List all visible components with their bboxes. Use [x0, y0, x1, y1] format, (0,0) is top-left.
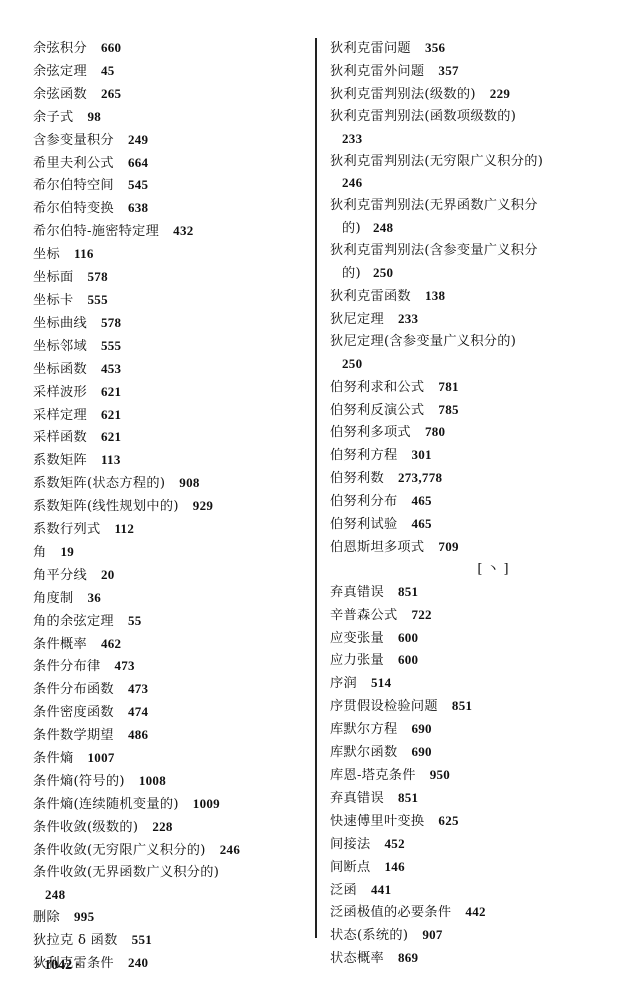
index-page-ref: 851 — [452, 698, 472, 713]
index-term: 条件概率 — [33, 637, 87, 652]
index-entry: 条件收敛(无穷限广义积分的)246 — [33, 839, 308, 862]
index-page-ref: 453 — [101, 361, 121, 376]
index-column-left: 余弦积分660余弦定理45余弦函数265余子式98含参变量积分249希里夫利公式… — [33, 37, 308, 975]
index-entry: 角平分线20 — [33, 564, 308, 587]
index-page-ref: 98 — [87, 109, 101, 124]
index-entry: 弃真错误851 — [330, 787, 620, 810]
index-page-ref: 474 — [128, 704, 148, 719]
index-entry: 序润514 — [330, 672, 620, 695]
index-term: 希尔伯特空间 — [33, 178, 114, 193]
index-term: 狄利克雷外问题 — [330, 64, 424, 79]
index-entry: 狄尼定理(含参变量广义积分的)250 — [330, 331, 620, 376]
index-entry: 伯努利试验465 — [330, 513, 620, 536]
index-page-ref: 113 — [101, 452, 121, 467]
index-entry: 间断点146 — [330, 856, 620, 879]
index-entry: 条件密度函数474 — [33, 701, 308, 724]
index-page-ref: 442 — [465, 904, 485, 919]
index-page-ref: 851 — [398, 584, 418, 599]
index-entry: 狄尼定理233 — [330, 308, 620, 331]
index-term: 序润 — [330, 676, 357, 691]
index-entry: 条件分布律473 — [33, 655, 308, 678]
index-entry: 采样波形621 — [33, 381, 308, 404]
index-term: 条件熵(符号的) — [33, 774, 125, 789]
index-entry: 希里夫利公式664 — [33, 152, 308, 175]
index-page-ref: 929 — [193, 498, 213, 513]
index-page-ref: 869 — [398, 950, 418, 965]
index-column-right: 狄利克雷问题356狄利克雷外问题357狄利克雷判别法(级数的)229狄利克雷判别… — [330, 37, 620, 970]
index-page-ref: 229 — [490, 86, 510, 101]
index-term: 狄利克雷判别法(含参变量广义积分 — [330, 243, 538, 258]
index-term: 状态概率 — [330, 951, 384, 966]
index-page-ref: 638 — [128, 200, 148, 215]
index-entry: 坐标面578 — [33, 266, 308, 289]
index-page-ref: 19 — [61, 544, 75, 559]
index-page-ref: 432 — [173, 223, 193, 238]
index-term: 角 — [33, 545, 47, 560]
index-page-ref: 1009 — [193, 796, 220, 811]
index-term: 弃真错误 — [330, 791, 384, 806]
index-term: 采样函数 — [33, 430, 87, 445]
index-page-ref: 709 — [438, 539, 458, 554]
index-page-ref: 578 — [87, 269, 107, 284]
index-entry: 库默尔方程690 — [330, 718, 620, 741]
index-entry: 条件熵1007 — [33, 747, 308, 770]
index-entry: 采样函数621 — [33, 426, 308, 449]
index-entry: 序贯假设检验问题851 — [330, 695, 620, 718]
index-term: 狄利克雷函数 — [330, 289, 411, 304]
index-entry: 伯努利多项式780 — [330, 421, 620, 444]
index-entry: 狄利克雷判别法(级数的)229 — [330, 83, 620, 106]
index-page-ref: 45 — [101, 63, 115, 78]
index-page-ref: 441 — [371, 882, 391, 897]
index-page-ref: 690 — [411, 744, 431, 759]
index-entry: 伯努利方程301 — [330, 444, 620, 467]
index-entry: 希尔伯特-施密特定理432 — [33, 220, 308, 243]
index-page-ref: 248 — [45, 887, 65, 902]
index-term: 坐标邻域 — [33, 339, 87, 354]
index-term: 希里夫利公式 — [33, 156, 114, 171]
index-entry: 应变张量600 — [330, 627, 620, 650]
index-entry: 辛普森公式722 — [330, 604, 620, 627]
index-page-ref: 600 — [398, 652, 418, 667]
index-term: 余弦定理 — [33, 64, 87, 79]
index-entry: 伯努利数273,778 — [330, 467, 620, 490]
index-entry: 坐标函数453 — [33, 358, 308, 381]
index-page-ref: 785 — [438, 402, 458, 417]
index-entry: 角度制36 — [33, 587, 308, 610]
index-page-ref: 851 — [398, 790, 418, 805]
section-heading: [丶] — [330, 559, 620, 581]
index-term: 条件分布函数 — [33, 682, 114, 697]
index-term: 泛函 — [330, 883, 357, 898]
index-term: 条件熵 — [33, 751, 73, 766]
index-term: 坐标 — [33, 247, 60, 262]
index-term: 余弦函数 — [33, 87, 87, 102]
index-entry: 希尔伯特变换638 — [33, 197, 308, 220]
index-entry: 条件数学期望486 — [33, 724, 308, 747]
index-term: 余子式 — [33, 110, 73, 125]
index-entry: 条件概率462 — [33, 633, 308, 656]
index-term: 伯努利数 — [330, 471, 384, 486]
index-term: 采样定理 — [33, 408, 87, 423]
index-page-ref: 555 — [101, 338, 121, 353]
index-term: 条件数学期望 — [33, 728, 114, 743]
index-page-ref: 138 — [425, 288, 445, 303]
index-term: 库默尔方程 — [330, 722, 397, 737]
index-page-ref: 36 — [87, 590, 101, 605]
index-entry: 坐标116 — [33, 243, 308, 266]
index-term: 系数矩阵(状态方程的) — [33, 476, 165, 491]
index-page-ref: 545 — [128, 177, 148, 192]
index-page-ref: 246 — [342, 175, 362, 190]
index-entry: 狄利克雷判别法(无穷限广义积分的)246 — [330, 151, 620, 196]
index-page-ref: 452 — [384, 836, 404, 851]
index-term: 泛函极值的必要条件 — [330, 905, 451, 920]
index-term: 伯恩斯坦多项式 — [330, 540, 424, 555]
index-term: 狄利克雷问题 — [330, 41, 411, 56]
index-entry: 删除995 — [33, 906, 308, 929]
index-entry: 条件收敛(级数的)228 — [33, 816, 308, 839]
index-entry: 泛函441 — [330, 879, 620, 902]
index-entry-continuation: 248 — [33, 884, 308, 907]
index-term-continuation: 的) — [342, 221, 361, 236]
index-entry: 含参变量积分249 — [33, 129, 308, 152]
index-entry: 余子式98 — [33, 106, 308, 129]
index-entry-continuation: 的)250 — [330, 262, 620, 285]
index-entry: 条件熵(符号的)1008 — [33, 770, 308, 793]
index-entry: 条件收敛(无界函数广义积分的)248 — [33, 862, 308, 907]
index-page-ref: 600 — [398, 630, 418, 645]
page-number: · 1042 · — [36, 958, 80, 974]
index-entry: 快速傅里叶变换625 — [330, 810, 620, 833]
index-term: 间断点 — [330, 860, 370, 875]
index-entry: 库恩-塔克条件950 — [330, 764, 620, 787]
index-term: 条件收敛(级数的) — [33, 820, 138, 835]
index-term: 狄利克雷判别法(函数项级数的) — [330, 109, 516, 124]
index-entry: 系数行列式112 — [33, 518, 308, 541]
index-term: 快速傅里叶变换 — [330, 814, 424, 829]
index-page: 余弦积分660余弦定理45余弦函数265余子式98含参变量积分249希里夫利公式… — [0, 0, 640, 988]
index-page-ref: 1008 — [139, 773, 166, 788]
index-page-ref: 233 — [398, 311, 418, 326]
index-page-ref: 621 — [101, 384, 121, 399]
index-term: 系数矩阵(线性规划中的) — [33, 499, 179, 514]
index-page-ref: 555 — [87, 292, 107, 307]
index-term: 条件收敛(无穷限广义积分的) — [33, 843, 206, 858]
index-page-ref: 950 — [430, 767, 450, 782]
index-page-ref: 660 — [101, 40, 121, 55]
index-entry: 坐标卡555 — [33, 289, 308, 312]
index-term: 应力张量 — [330, 653, 384, 668]
index-page-ref: 664 — [128, 155, 148, 170]
index-page-ref: 621 — [101, 407, 121, 422]
index-term: 余弦积分 — [33, 41, 87, 56]
index-term: 条件收敛(无界函数广义积分的) — [33, 865, 219, 880]
index-entry: 伯努利求和公式781 — [330, 376, 620, 399]
index-page-ref: 462 — [101, 636, 121, 651]
index-page-ref: 1007 — [87, 750, 114, 765]
index-term: 伯努利求和公式 — [330, 380, 424, 395]
index-entry: 坐标邻域555 — [33, 335, 308, 358]
index-entry: 弃真错误851 — [330, 581, 620, 604]
index-term: 坐标面 — [33, 270, 73, 285]
index-term: 角的余弦定理 — [33, 614, 114, 629]
index-page-ref: 514 — [371, 675, 391, 690]
index-term: 条件熵(连续随机变量的) — [33, 797, 179, 812]
index-term: 辛普森公式 — [330, 608, 397, 623]
index-term: 坐标函数 — [33, 362, 87, 377]
index-term: 删除 — [33, 910, 60, 925]
index-page-ref: 486 — [128, 727, 148, 742]
index-page-ref: 465 — [411, 493, 431, 508]
index-term: 系数矩阵 — [33, 453, 87, 468]
index-entry: 余弦函数265 — [33, 83, 308, 106]
index-entry-continuation: 250 — [330, 353, 620, 376]
index-entry: 狄拉克 δ 函数551 — [33, 929, 308, 952]
index-page-ref: 248 — [373, 220, 393, 235]
index-term: 伯努利试验 — [330, 517, 397, 532]
index-term: 希尔伯特变换 — [33, 201, 114, 216]
index-page-ref: 265 — [101, 86, 121, 101]
index-entry: 库默尔函数690 — [330, 741, 620, 764]
index-page-ref: 116 — [74, 246, 94, 261]
index-entry: 角的余弦定理55 — [33, 610, 308, 633]
index-entry: 间接法452 — [330, 833, 620, 856]
index-entry: 采样定理621 — [33, 404, 308, 427]
index-term: 库恩-塔克条件 — [330, 768, 416, 783]
index-entry: 狄利克雷问题356 — [330, 37, 620, 60]
index-term: 序贯假设检验问题 — [330, 699, 438, 714]
index-page-ref: 473 — [114, 658, 134, 673]
index-term: 狄利克雷判别法(无界函数广义积分 — [330, 198, 538, 213]
index-entry: 坐标曲线578 — [33, 312, 308, 335]
index-page-ref: 908 — [179, 475, 199, 490]
index-entry: 伯恩斯坦多项式709 — [330, 536, 620, 559]
index-term: 狄尼定理(含参变量广义积分的) — [330, 334, 516, 349]
index-entry: 系数矩阵(状态方程的)908 — [33, 472, 308, 495]
index-entry: 状态(系统的)907 — [330, 924, 620, 947]
index-page-ref: 722 — [411, 607, 431, 622]
index-entry: 狄利克雷判别法(函数项级数的)233 — [330, 106, 620, 151]
index-term: 间接法 — [330, 837, 370, 852]
index-page-ref: 249 — [128, 132, 148, 147]
index-entry: 系数矩阵(线性规划中的)929 — [33, 495, 308, 518]
index-entry: 狄利克雷函数138 — [330, 285, 620, 308]
index-term: 系数行列式 — [33, 522, 100, 537]
index-term: 伯努利反演公式 — [330, 403, 424, 418]
index-page-ref: 625 — [438, 813, 458, 828]
index-page-ref: 146 — [384, 859, 404, 874]
index-entry: 狄利克雷判别法(无界函数广义积分的)248 — [330, 195, 620, 240]
index-page-ref: 690 — [411, 721, 431, 736]
index-page-ref: 465 — [411, 516, 431, 531]
index-term: 坐标卡 — [33, 293, 73, 308]
column-divider — [315, 38, 317, 938]
index-term: 伯努利方程 — [330, 448, 397, 463]
index-term: 条件分布律 — [33, 659, 100, 674]
index-entry: 角19 — [33, 541, 308, 564]
index-page-ref: 250 — [342, 356, 362, 371]
index-term: 角平分线 — [33, 568, 87, 583]
index-entry-continuation: 233 — [330, 128, 620, 151]
index-term: 采样波形 — [33, 385, 87, 400]
index-term: 弃真错误 — [330, 585, 384, 600]
index-entry: 狄利克雷判别法(含参变量广义积分的)250 — [330, 240, 620, 285]
index-entry: 余弦积分660 — [33, 37, 308, 60]
index-term: 希尔伯特-施密特定理 — [33, 224, 159, 239]
index-entry-continuation: 246 — [330, 172, 620, 195]
index-page-ref: 246 — [220, 842, 240, 857]
index-entry: 条件分布函数473 — [33, 678, 308, 701]
index-term: 角度制 — [33, 591, 73, 606]
index-entry-continuation: 的)248 — [330, 217, 620, 240]
index-page-ref: 473 — [128, 681, 148, 696]
index-entry: 伯努利分布465 — [330, 490, 620, 513]
index-page-ref: 907 — [422, 927, 442, 942]
index-page-ref: 273,778 — [398, 470, 442, 485]
index-page-ref: 55 — [128, 613, 142, 628]
index-page-ref: 621 — [101, 429, 121, 444]
index-page-ref: 112 — [114, 521, 134, 536]
index-entry: 泛函极值的必要条件442 — [330, 901, 620, 924]
index-term: 狄利克雷判别法(级数的) — [330, 87, 476, 102]
index-page-ref: 301 — [411, 447, 431, 462]
index-page-ref: 551 — [132, 932, 152, 947]
index-page-ref: 20 — [101, 567, 115, 582]
index-entry: 余弦定理45 — [33, 60, 308, 83]
index-term: 状态(系统的) — [330, 928, 408, 943]
index-term: 含参变量积分 — [33, 133, 114, 148]
index-term: 伯努利多项式 — [330, 425, 411, 440]
index-term: 应变张量 — [330, 631, 384, 646]
index-entry: 希尔伯特空间545 — [33, 174, 308, 197]
index-page-ref: 233 — [342, 131, 362, 146]
index-entry: 条件熵(连续随机变量的)1009 — [33, 793, 308, 816]
index-term: 狄拉克 δ 函数 — [33, 933, 118, 948]
index-term: 狄尼定理 — [330, 312, 384, 327]
index-page-ref: 578 — [101, 315, 121, 330]
index-page-ref: 250 — [373, 265, 393, 280]
index-page-ref: 780 — [425, 424, 445, 439]
index-term: 条件密度函数 — [33, 705, 114, 720]
index-entry: 系数矩阵113 — [33, 449, 308, 472]
index-entry: 狄利克雷外问题357 — [330, 60, 620, 83]
index-page-ref: 356 — [425, 40, 445, 55]
index-page-ref: 228 — [152, 819, 172, 834]
index-entry: 应力张量600 — [330, 649, 620, 672]
index-page-ref: 995 — [74, 909, 94, 924]
index-page-ref: 357 — [438, 63, 458, 78]
index-page-ref: 781 — [438, 379, 458, 394]
index-term-continuation: 的) — [342, 266, 361, 281]
index-term: 库默尔函数 — [330, 745, 397, 760]
index-entry: 状态概率869 — [330, 947, 620, 970]
index-term: 伯努利分布 — [330, 494, 397, 509]
index-entry: 伯努利反演公式785 — [330, 399, 620, 422]
index-term: 狄利克雷判别法(无穷限广义积分的) — [330, 154, 543, 169]
index-page-ref: 240 — [128, 955, 148, 970]
index-term: 坐标曲线 — [33, 316, 87, 331]
